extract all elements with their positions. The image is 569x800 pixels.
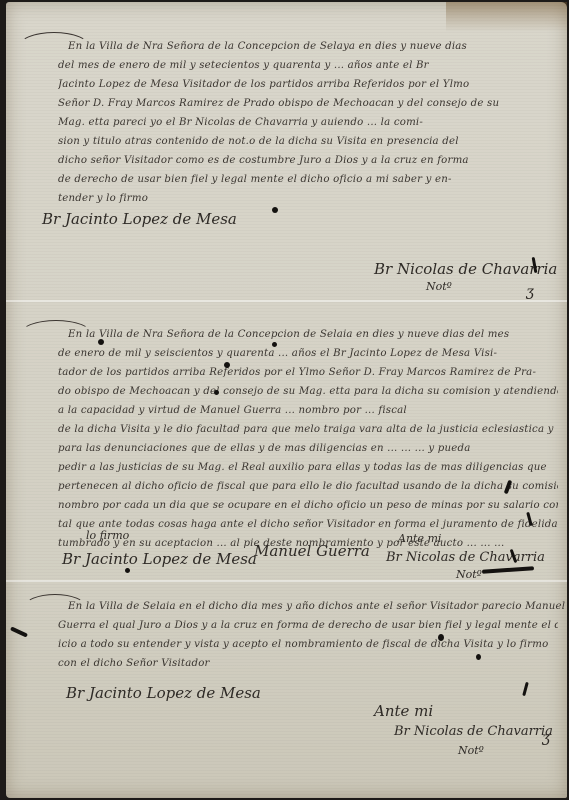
signature-chavarria: Br Nicolas de Chavarria: [374, 260, 557, 278]
text-line: icio a todo su entender y vista y acepto…: [58, 638, 558, 652]
text-line: tador de los partidos arriba Referidos p…: [58, 366, 558, 380]
ink-blot: [98, 339, 104, 345]
fold-crease: [6, 580, 567, 582]
ink-blot: [214, 390, 219, 395]
signature-chavarria: Br Nicolas de Chavarria: [386, 550, 545, 565]
signature-role: Notº: [426, 280, 452, 293]
water-stain: [446, 2, 567, 32]
text-line: En la Villa de Nra Señora de la Concepci…: [68, 328, 568, 342]
text-line: Jacinto Lopez de Mesa Visitador de los p…: [58, 78, 558, 92]
signature-note: lo firmo: [86, 529, 129, 542]
signature-lopez-de-mesa: Br Jacinto Lopez de Mesa: [62, 550, 257, 568]
ink-mark: [482, 566, 534, 574]
ink-blot: [272, 207, 278, 213]
text-line: de derecho de usar bien fiel y legal men…: [58, 173, 558, 187]
ink-blot: [272, 342, 277, 347]
text-line: tender y lo firmo: [58, 192, 558, 206]
text-line: pertenecen al dicho oficio de fiscal que…: [58, 480, 558, 494]
text-line: tal que ante todas cosas haga ante el di…: [58, 518, 558, 532]
text-line: dicho señor Visitador como es de costumb…: [58, 154, 558, 168]
text-line: En la Villa de Nra Señora de la Concepci…: [68, 40, 568, 54]
text-line: Guerra el qual Juro a Dios y a la cruz e…: [58, 619, 558, 633]
text-line: para las denunciaciones que de ellas y d…: [58, 442, 558, 456]
text-line: Señor D. Fray Marcos Ramirez de Prado ob…: [58, 97, 558, 111]
text-line: con el dicho Señor Visitador: [58, 657, 558, 671]
text-line: nombro por cada un dia que se ocupare en…: [58, 499, 558, 513]
ink-blot: [125, 568, 130, 573]
text-line: Mag. etta pareci yo el Br Nicolas de Cha…: [58, 116, 558, 130]
signature-role: Notº: [458, 744, 484, 757]
ink-mark: [522, 682, 529, 696]
text-line: de enero de mil y seiscientos y quarenta…: [58, 347, 558, 361]
signature-lopez-de-mesa: Br Jacinto Lopez de Mesa: [42, 210, 237, 228]
text-line: de la dicha Visita y le dio facultad par…: [58, 423, 558, 437]
ante-mi-label: Ante mi: [374, 702, 433, 720]
text-line: En la Villa de Selaia en el dicho dia me…: [68, 600, 568, 614]
signature-manuel-guerra: Manuel Guerra: [254, 542, 370, 560]
ink-blot: [476, 654, 481, 660]
signature-chavarria: Br Nicolas de Chavarria: [394, 724, 553, 739]
text-line: sion y titulo atras contenido de not.o d…: [58, 135, 558, 149]
fold-crease: [6, 300, 567, 302]
ink-blot: [438, 634, 444, 641]
rubric-mark: ʒ: [542, 730, 550, 746]
text-line: do obispo de Mechoacan y del consejo de …: [58, 385, 558, 399]
signature-role: Notº: [456, 568, 482, 581]
rubric-mark: ʒ: [526, 284, 534, 300]
signature-lopez-de-mesa: Br Jacinto Lopez de Mesa: [66, 684, 261, 702]
text-line: pedir a las justicias de su Mag. el Real…: [58, 461, 558, 475]
ante-mi-label: Ante mi: [398, 532, 441, 545]
ink-mark: [10, 626, 28, 637]
manuscript-page: En la Villa de Nra Señora de la Concepci…: [6, 2, 567, 798]
text-line: a la capacidad y virtud de Manuel Guerra…: [58, 404, 558, 418]
text-line: del mes de enero de mil y setecientos y …: [58, 59, 558, 73]
ink-blot: [224, 362, 230, 368]
